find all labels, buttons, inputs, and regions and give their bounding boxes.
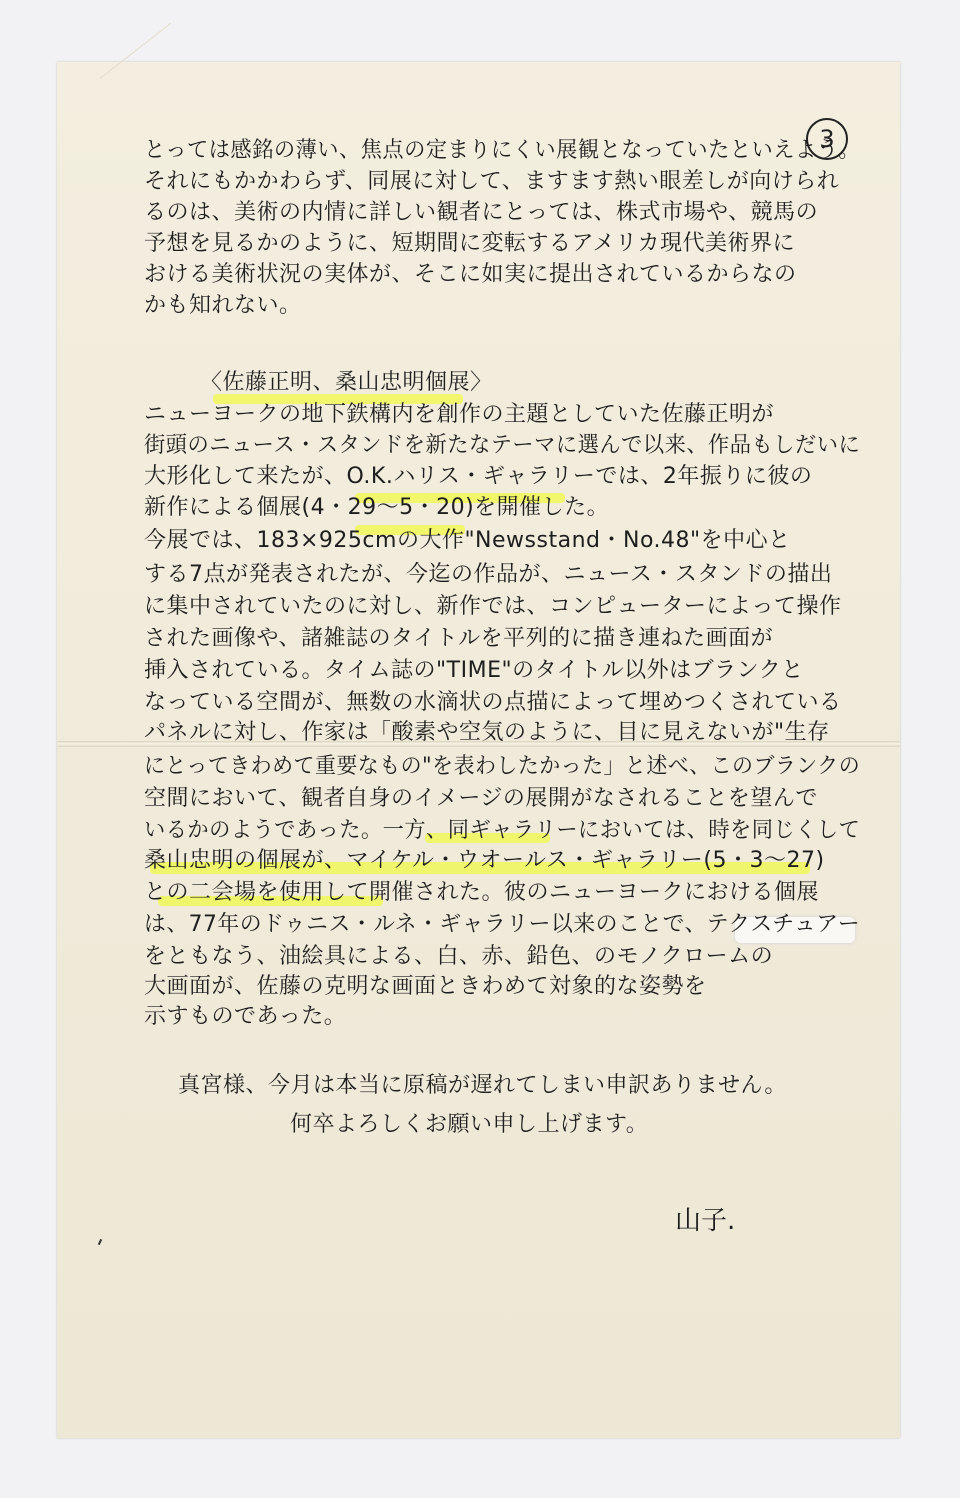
text-line: 桑山忠明の個展が、マイケル・ウオールス・ギャラリー(5・3〜27) [144, 846, 825, 876]
signature: 山子. [675, 1200, 735, 1237]
text-line: された画像や、諸雑誌のタイトルを平列的に描き連ねた画面が [144, 624, 773, 654]
text-line: 挿入されている。タイム誌の"TIME"のタイトル以外はブランクと [144, 656, 804, 686]
text-line: 示すものであった。 [144, 1002, 346, 1032]
text-line: 空間において、観者自身のイメージの展開がなされることを望んで [144, 784, 818, 814]
text-line: かも知れない。 [144, 291, 302, 321]
text-line: 今展では、183×925cmの大作"Newsstand・No.48"を中心と [144, 526, 791, 556]
text-line: パネルに対し、作家は「酸素や空気のように、目に見えないが"生存 [144, 718, 830, 748]
text-line: に集中されていたのに対し、新作では、コンピューターによって操作 [144, 592, 842, 622]
text-line: なっている空間が、無数の水滴状の点描によって埋めつくされている [144, 688, 842, 718]
text-line: 何卒よろしくお願い申し上げます。 [290, 1110, 648, 1140]
section-heading: 〈佐藤正明、桑山忠明個展〉 [200, 368, 493, 398]
text-line: にとってきわめて重要なもの"を表わしたかった」と述べ、このブランクの [144, 752, 860, 782]
text-line: いるかのようであった。一方、同ギャラリーにおいては、時を同じくして [144, 816, 860, 846]
text-line: 新作による個展(4・29〜5・20)を開催した。 [144, 493, 609, 523]
text-line: をともなう、油絵具による、白、赤、鉛色、のモノクロームの [144, 942, 773, 972]
text-line: する7点が発表されたが、今迄の作品が、ニュース・スタンドの描出 [144, 560, 832, 590]
text-line: は、77年のドゥニス・ルネ・ギャラリー以来のことで、テクスチュアー [144, 910, 860, 940]
text-line: 大画面が、佐藤の克明な画面ときわめて対象的な姿勢を [144, 972, 707, 1002]
text-line: 大形化して来たが、O.K.ハリス・ギャラリーでは、2年振りに彼の [144, 462, 812, 492]
text-line: ニューヨークの地下鉄構内を創作の主題としていた佐藤正明が [144, 400, 774, 430]
text-line: おける美術状況の実体が、そこに如実に提出されているからなの [144, 260, 797, 290]
text-line: 真宮様、今月は本当に原稿が遅れてしまい申訳ありません。 [178, 1071, 787, 1101]
text-line: 街頭のニュース・スタンドを新たなテーマに選んで以来、作品もしだいに [144, 431, 860, 461]
text-line: るのは、美術の内情に詳しい観者にとっては、株式市場や、競馬の [144, 198, 818, 228]
text-line: それにもかかわらず、同展に対して、ますます熱い眼差しが向けられ [144, 167, 839, 197]
text-line: 予想を見るかのように、短期間に変転するアメリカ現代美術界に [144, 229, 795, 259]
text-line: とっては感銘の薄い、焦点の定まりにくい展観となっていたといえよう。 [144, 136, 860, 166]
text-line: との二会場を使用して開催された。彼のニューヨークにおける個展 [144, 878, 819, 908]
